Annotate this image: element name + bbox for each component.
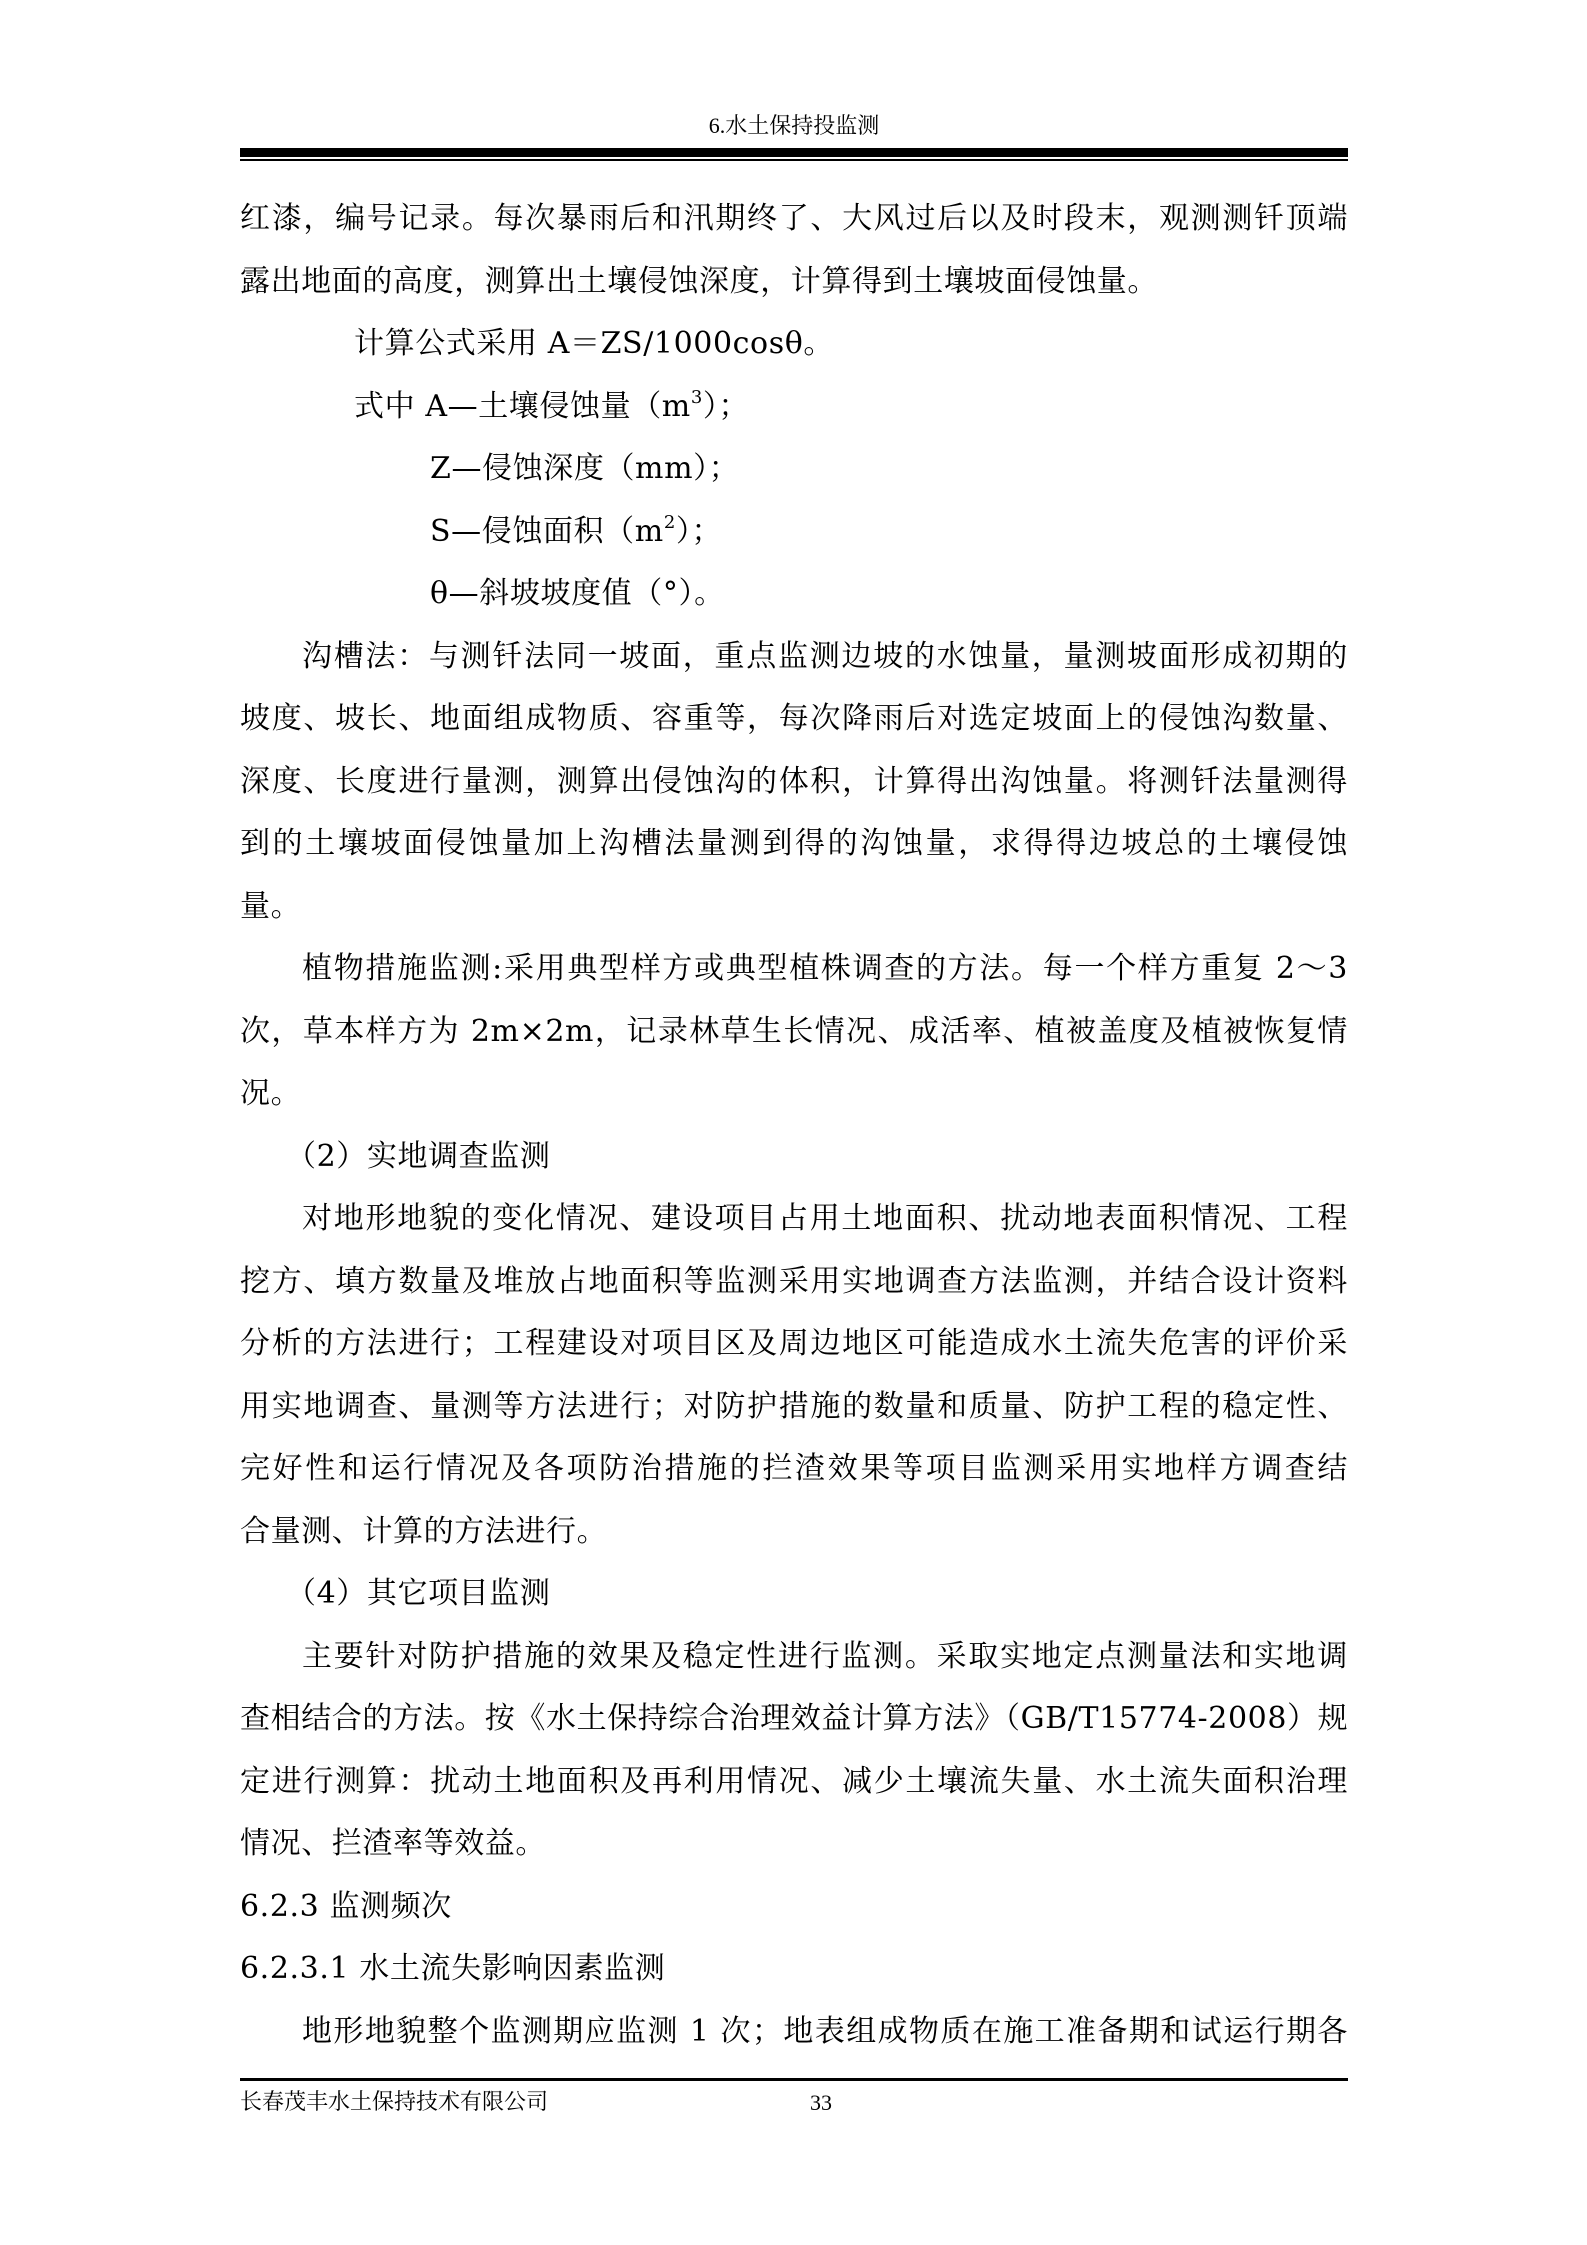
paragraph-line: 查相结合的方法。按《水土保持综合治理效益计算方法》（GB/T15774-2008… <box>240 1688 1348 1751</box>
paragraph-line: 况。 <box>240 1063 1348 1126</box>
paragraph-line: 用实地调查、量测等方法进行；对防护措施的数量和质量、防护工程的稳定性、 <box>240 1376 1348 1439</box>
paragraph-line: 地形地貌整个监测期应监测 1 次；地表组成物质在施工准备期和试运行期各 <box>240 2001 1348 2064</box>
subsection-title: （2）实地调查监测 <box>240 1126 1348 1189</box>
formula-var-theta: θ—斜坡坡度值（°）。 <box>240 563 1348 626</box>
paragraph-line: 红漆，编号记录。每次暴雨后和汛期终了、大风过后以及时段末，观测测钎顶端 <box>240 188 1348 251</box>
paragraph-line: 挖方、填方数量及堆放占地面积等监测采用实地调查方法监测，并结合设计资料 <box>240 1251 1348 1314</box>
formula-var-z: Z—侵蚀深度（mm）； <box>240 438 1348 501</box>
paragraph-line: 主要针对防护措施的效果及稳定性进行监测。采取实地定点测量法和实地调 <box>240 1626 1348 1689</box>
paragraph-line: 到的土壤坡面侵蚀量加上沟槽法量测到得的沟蚀量，求得得边坡总的土壤侵蚀 <box>240 813 1348 876</box>
document-body: 红漆，编号记录。每次暴雨后和汛期终了、大风过后以及时段末，观测测钎顶端 露出地面… <box>240 188 1348 2063</box>
paragraph-line: 合量测、计算的方法进行。 <box>240 1501 1348 1564</box>
page-number: 33 <box>810 2090 832 2116</box>
paragraph-line: 植物措施监测:采用典型样方或典型植株调查的方法。每一个样方重复 2～3 <box>240 938 1348 1001</box>
paragraph-line: 分析的方法进行；工程建设对项目区及周边地区可能造成水土流失危害的评价采 <box>240 1313 1348 1376</box>
paragraph-line: 情况、拦渣率等效益。 <box>240 1813 1348 1876</box>
paragraph-line: 沟槽法：与测钎法同一坡面，重点监测边坡的水蚀量，量测坡面形成初期的 <box>240 626 1348 689</box>
paragraph-line: 露出地面的高度，测算出土壤侵蚀深度，计算得到土壤坡面侵蚀量。 <box>240 251 1348 314</box>
formula-intro: 计算公式采用 A＝ZS/1000cosθ。 <box>240 313 1348 376</box>
paragraph-line: 次，草本样方为 2m×2m，记录林草生长情况、成活率、植被盖度及植被恢复情 <box>240 1001 1348 1064</box>
header-rule-thin <box>240 159 1348 161</box>
paragraph-line: 定进行测算：扰动土地面积及再利用情况、减少土壤流失量、水土流失面积治理 <box>240 1751 1348 1814</box>
header-rule-thick <box>240 148 1348 157</box>
footer-rule <box>240 2078 1348 2081</box>
running-header-title: 6.水土保持投监测 <box>240 113 1348 139</box>
paragraph-line: 对地形地貌的变化情况、建设项目占用土地面积、扰动地表面积情况、工程 <box>240 1188 1348 1251</box>
where-prefix: 式中 <box>354 389 415 424</box>
subsection-title: （4）其它项目监测 <box>240 1563 1348 1626</box>
paragraph-line: 量。 <box>240 876 1348 939</box>
section-heading-6-2-3-1: 6.2.3.1 水土流失影响因素监测 <box>240 1938 1348 2001</box>
formula-var-a: 式中 A—土壤侵蚀量（m3）； <box>240 376 1348 439</box>
footer-company: 长春茂丰水土保持技术有限公司 <box>240 2090 548 2116</box>
paragraph-line: 坡度、坡长、地面组成物质、容重等，每次降雨后对选定坡面上的侵蚀沟数量、 <box>240 688 1348 751</box>
formula-var-s: S—侵蚀面积（m2）； <box>240 501 1348 564</box>
paragraph-line: 深度、长度进行量测，测算出侵蚀沟的体积，计算得出沟蚀量。将测钎法量测得 <box>240 751 1348 814</box>
paragraph-line: 完好性和运行情况及各项防治措施的拦渣效果等项目监测采用实地样方调查结 <box>240 1438 1348 1501</box>
section-heading-6-2-3: 6.2.3 监测频次 <box>240 1876 1348 1939</box>
